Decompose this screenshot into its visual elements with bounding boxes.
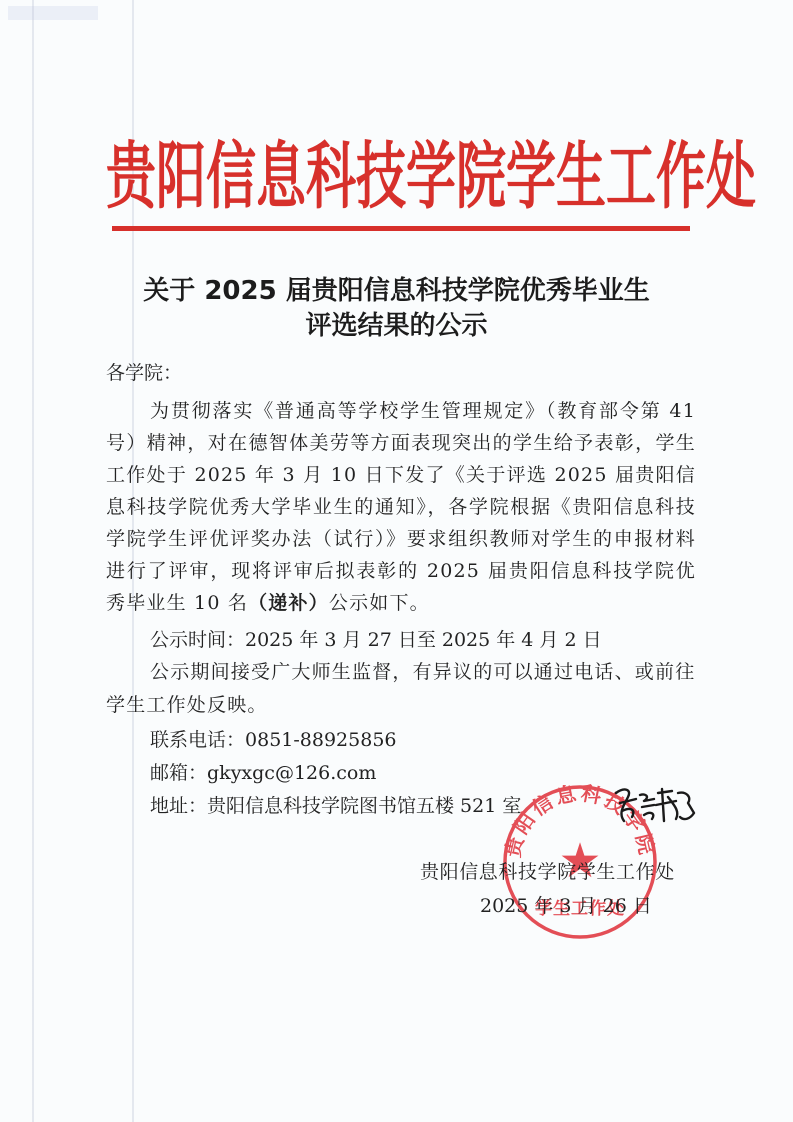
email-value: gkyxgc@126.com	[207, 762, 376, 784]
handwritten-signature	[610, 783, 700, 828]
paragraph-bold-note: （递补）	[248, 592, 329, 614]
signing-date: 2025 年 3 月 26 日	[480, 891, 652, 921]
signing-organization: 贵阳信息科技学院学生工作处	[420, 857, 675, 887]
document-title-line-1: 关于 2025 届贵阳信息科技学院优秀毕业生	[0, 270, 793, 307]
masthead-char: 技	[356, 141, 406, 214]
scan-artifact	[8, 6, 98, 20]
address-value: 贵阳信息科技学院图书馆五楼 521 室	[207, 795, 521, 817]
scan-line-artifact	[32, 0, 34, 1122]
masthead-char: 工	[606, 141, 656, 214]
address-label: 地址：	[150, 795, 207, 817]
paragraph-ending: 公示如下。	[329, 592, 430, 614]
masthead-char: 生	[556, 141, 606, 214]
masthead-red-rule	[112, 226, 690, 231]
masthead-char: 信	[206, 141, 256, 214]
salutation: 各学院：	[106, 358, 182, 388]
notice-period: 公示时间：2025 年 3 月 27 日至 2025 年 4 月 2 日	[150, 625, 602, 655]
masthead-char: 息	[256, 141, 306, 214]
masthead-char: 阳	[156, 141, 206, 214]
masthead-char: 作	[656, 141, 706, 214]
masthead-char: 院	[456, 141, 506, 214]
masthead-char: 处	[706, 141, 756, 214]
masthead-char: 学	[506, 141, 556, 214]
phone-value: 0851-88925856	[245, 729, 396, 751]
main-paragraph: 为贯彻落实《普通高等学校学生管理规定》（教育部令第 41 号）精神，对在德智体美…	[106, 395, 696, 619]
document-title-line-2: 评选结果的公示	[0, 305, 793, 342]
phone-label: 联系电话：	[150, 729, 245, 751]
email-label: 邮箱：	[150, 762, 207, 784]
masthead-char: 学	[406, 141, 456, 214]
supervision-note: 公示期间接受广大师生监督，有异议的可以通过电话、或前往学生工作处反映。	[106, 656, 696, 722]
masthead-char: 贵	[106, 141, 156, 214]
contact-email: 邮箱：gkyxgc@126.com	[150, 758, 376, 788]
masthead-header: 贵阳信息科技学院学生工作处	[106, 136, 696, 218]
paragraph-text: 为贯彻落实《普通高等学校学生管理规定》（教育部令第 41 号）精神，对在德智体美…	[106, 400, 696, 614]
contact-phone: 联系电话：0851-88925856	[150, 725, 397, 755]
contact-address: 地址：贵阳信息科技学院图书馆五楼 521 室	[150, 791, 521, 821]
masthead-char: 科	[306, 141, 356, 214]
